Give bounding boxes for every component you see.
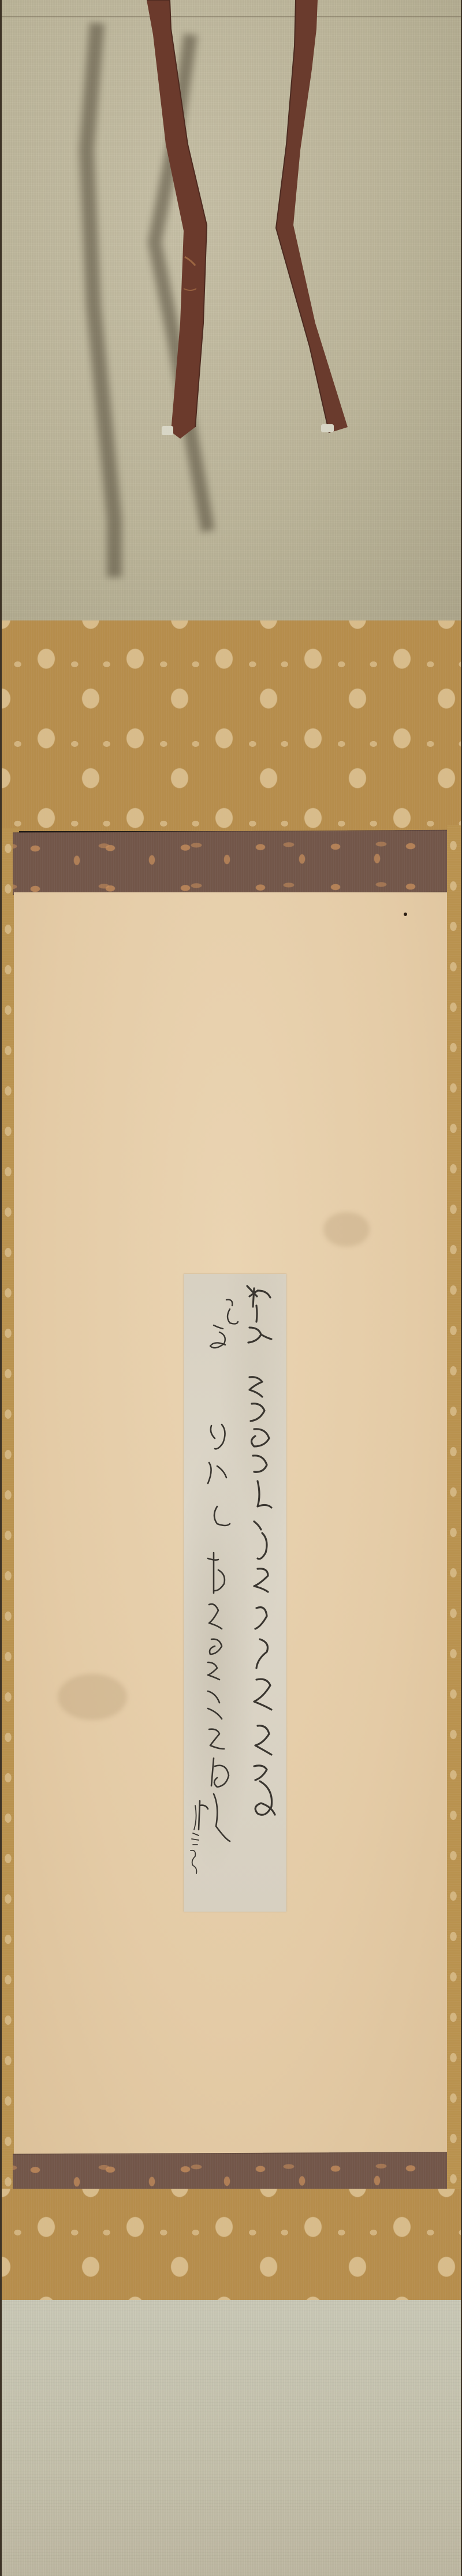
calligraphy-signature	[191, 1805, 199, 1874]
calligraphy-column-1	[247, 1286, 275, 1815]
calligraphy-column-2	[210, 1300, 238, 1348]
lower-brocade	[2, 2189, 462, 2302]
left-edge	[0, 0, 2, 2576]
hanging-scroll	[0, 0, 462, 2576]
lower-panel	[2, 2300, 461, 2576]
calligraphy-column-3	[199, 1425, 230, 1841]
lower-ichimonji	[13, 2152, 447, 2192]
